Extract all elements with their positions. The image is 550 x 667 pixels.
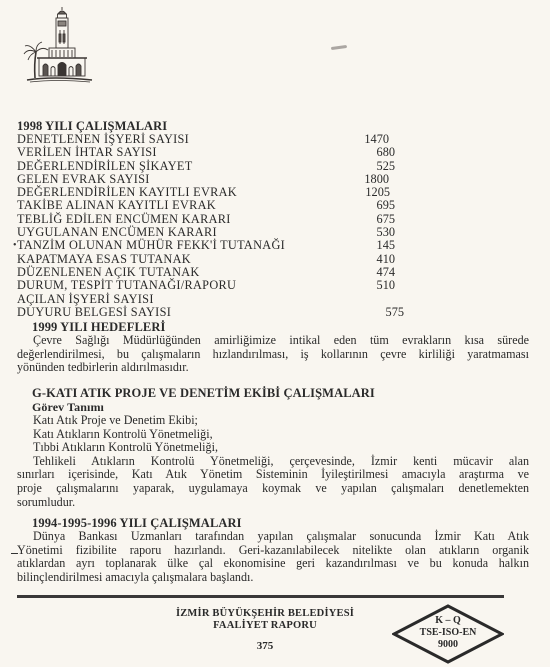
stat-label: TANZİM OLUNAN MÜHÜR FEKK'İ TUTANAĞI [17,239,285,252]
stat-label: DENETLENEN İŞYERİ SAYISI [17,133,189,146]
stat-value: 525 [335,160,395,173]
footer-report-title: FAALİYET RAPORU [150,620,380,632]
badge-text: K – Q TSE-ISO-EN 9000 [392,615,504,651]
stat-label: UYGULANAN ENCÜMEN KARARI [17,226,217,239]
text-line: Katı Atıkların Kontrolü Yönetmeliği, [17,428,529,442]
stat-label: DURUM, TESPİT TUTANAĞI/RAPORU [17,279,236,292]
text-line: atıklardan ayrı toplanarak ülke çal ekon… [17,557,529,571]
stat-row: TAKİBE ALINAN KAYITLI EVRAK695 [17,199,387,212]
stat-label: DEĞERLENDİRİLEN KAYITLI EVRAK [17,186,237,199]
text-line: bilinçlendirilmesi amacıyla çalışmalara … [17,571,529,585]
stat-value: 575 [344,306,404,319]
stat-label: VERİLEN İHTAR SAYISI [17,146,157,159]
text-line: Tehlikeli Atıkların Kontrolü Yönetmeliği… [17,455,529,469]
stat-label: GELEN EVRAK SAYISI [17,173,150,186]
stat-row: DUYURU BELGESİ SAYISI575 [17,306,387,319]
paragraph-1994-1996: Dünya Bankası Uzmanları tarafından yapıl… [17,530,529,584]
stat-row: DÜZENLENEN AÇIK TUTANAK474 [17,266,387,279]
stat-value: 410 [335,253,395,266]
stat-value: 695 [335,199,395,212]
footer-organization: İZMİR BÜYÜKŞEHİR BELEDİYESİ FAALİYET RAP… [150,608,380,631]
stat-label: DÜZENLENEN AÇIK TUTANAK [17,266,200,279]
stat-label: DEĞERLENDİRİLEN ŞİKAYET [17,160,193,173]
stat-value: 1800 [329,173,389,186]
stat-row: UYGULANAN ENCÜMEN KARARI530 [17,226,387,239]
badge-line-standard: TSE-ISO-EN [392,627,504,639]
footer-divider [17,595,504,598]
text-line: proje çalışmalarını yaparak, uygulamaya … [17,482,529,496]
stat-row: TEBLİĞ EDİLEN ENCÜMEN KARARI675 [17,213,387,226]
text-line: Dünya Bankası Uzmanları tarafından yapıl… [17,530,529,544]
stat-label: DUYURU BELGESİ SAYISI [17,306,171,319]
stat-row: VERİLEN İHTAR SAYISI680 [17,146,387,159]
page-number: 375 [150,640,380,652]
stat-value: 474 [335,266,395,279]
text-line: sorumludur. [17,496,529,510]
stat-label: KAPATMAYA ESAS TUTANAK [17,253,191,266]
text-line: sınırları içerisinde, Katı Atık Yönetim … [17,468,529,482]
section-title-solid-waste: G-KATI ATIK PROJE VE DENETİM EKİBİ ÇALIŞ… [32,386,375,401]
scan-smudge [331,45,347,50]
stat-value: 530 [335,226,395,239]
stray-mark: • [13,239,17,252]
stat-row: DENETLENEN İŞYERİ SAYISI1470 [17,133,387,146]
text-line: yönünden tedbirlerin aldırılmasıdır. [17,361,529,375]
text-line: Yönetimi fizibilite raporu hazırlandı. G… [17,544,529,558]
stat-row: DURUM, TESPİT TUTANAĞI/RAPORU510 [17,279,387,292]
stat-value: 675 [335,213,395,226]
paragraph-1999-goals: Çevre Sağlığı Müdürlüğünden amirliğimize… [17,334,529,375]
izmir-clock-tower-icon [22,4,98,84]
stats-table-1998: DENETLENEN İŞYERİ SAYISI1470 VERİLEN İHT… [17,133,387,319]
stat-row: DEĞERLENDİRİLEN ŞİKAYET525 [17,160,387,173]
text-line: Katı Atık Proje ve Denetim Ekibi; [17,414,529,428]
text-line: Çevre Sağlığı Müdürlüğünden amirliğimize… [17,334,529,348]
stat-label: TEBLİĞ EDİLEN ENCÜMEN KARARI [17,213,231,226]
paragraph-job-description: Katı Atık Proje ve Denetim Ekibi; Katı A… [17,414,529,509]
stat-value: 510 [335,279,395,292]
iso-certification-badge: K – Q TSE-ISO-EN 9000 [392,604,504,664]
footer-org-name: İZMİR BÜYÜKŞEHİR BELEDİYESİ [150,608,380,620]
stat-row: GELEN EVRAK SAYISI1800 [17,173,387,186]
stat-value: 1205 [330,186,390,199]
text-line: Tıbbi Atıkların Kontrolü Yönetmeliği, [17,441,529,455]
text-line: değerlendirilmesi, bu çalışmaların hızla… [17,348,529,362]
badge-line-number: 9000 [392,639,504,651]
stat-row: AÇILAN İŞYERİ SAYISI [17,293,387,306]
stat-value: 145 [335,239,395,252]
stat-value: 1470 [329,133,389,146]
stat-label: AÇILAN İŞYERİ SAYISI [17,293,154,306]
stat-value: 680 [335,146,395,159]
stat-row: DEĞERLENDİRİLEN KAYITLI EVRAK1205 [17,186,387,199]
stat-row: KAPATMAYA ESAS TUTANAK410 [17,253,387,266]
stat-row: •TANZİM OLUNAN MÜHÜR FEKK'İ TUTANAĞI145 [17,239,387,252]
badge-line-kq: K – Q [392,615,504,627]
stat-label: TAKİBE ALINAN KAYITLI EVRAK [17,199,216,212]
